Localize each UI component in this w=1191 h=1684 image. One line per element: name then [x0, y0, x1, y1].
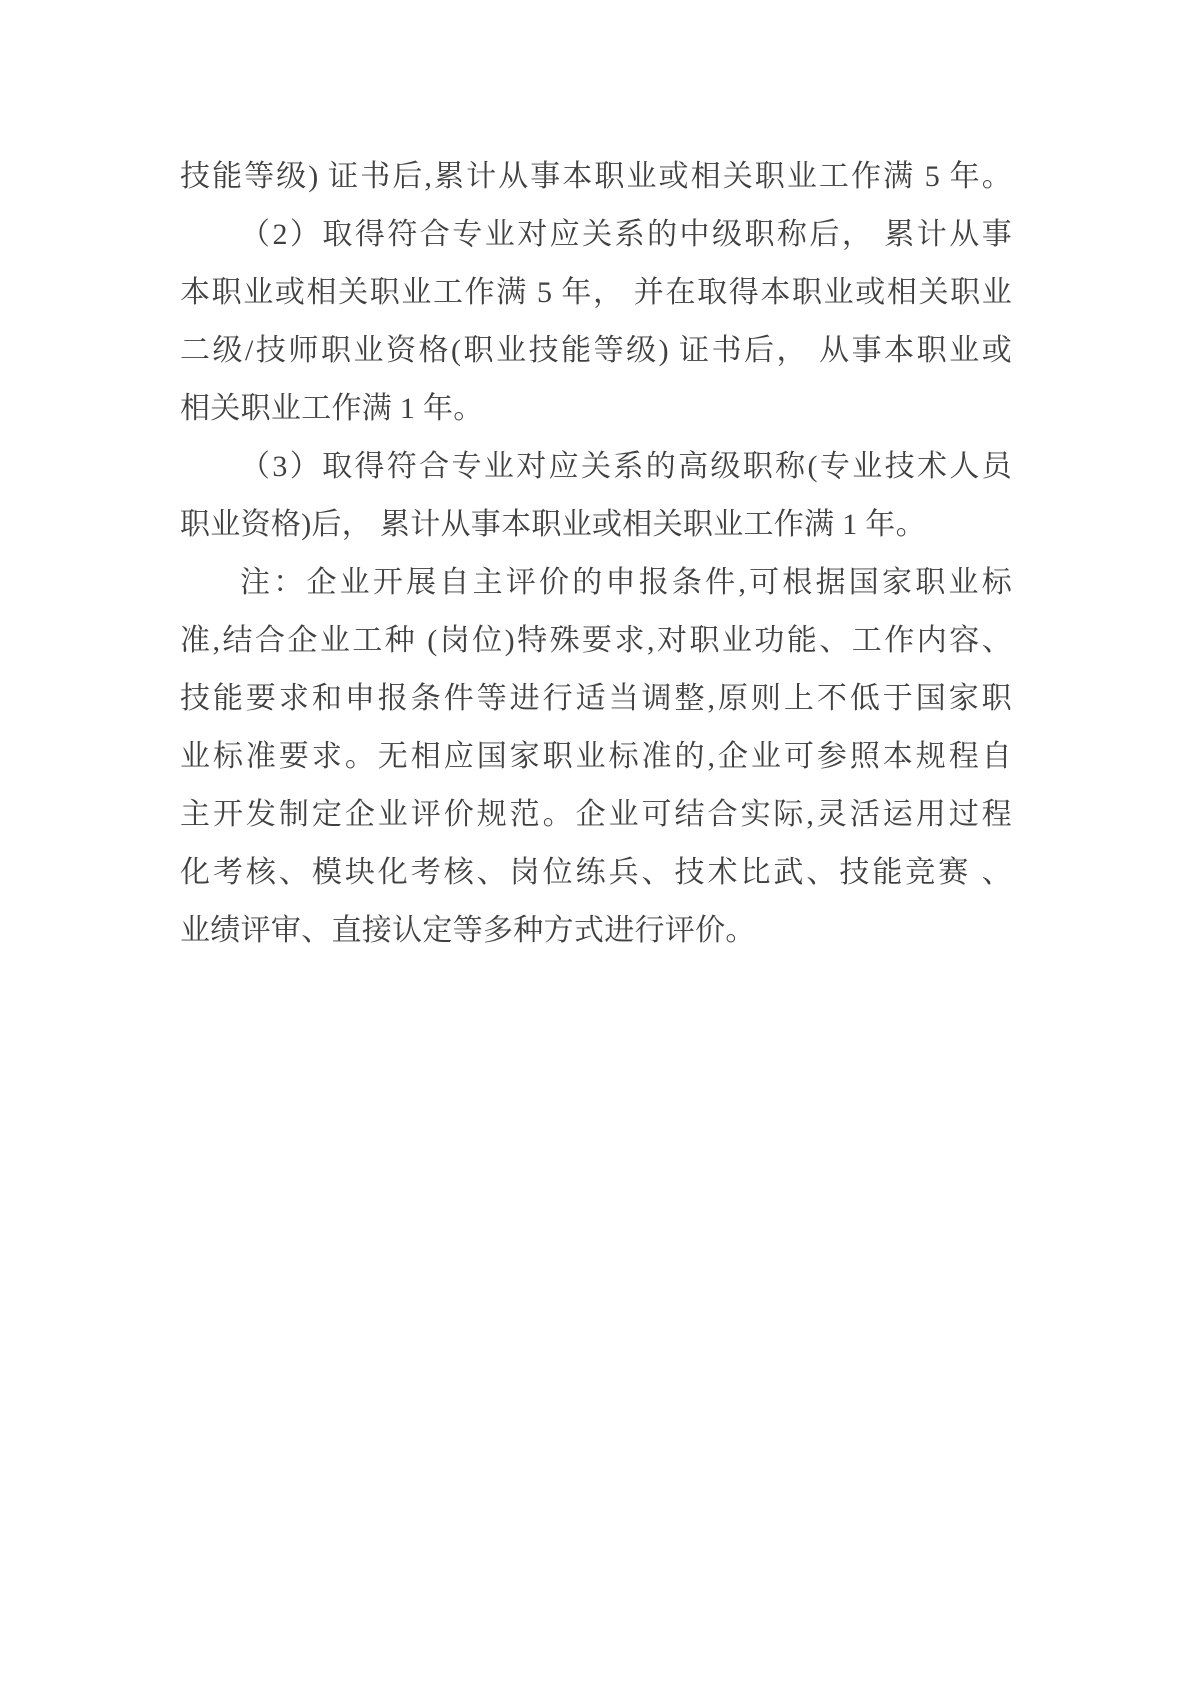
text-line-7: 职业资格)后， 累计从事本职业或相关职业工作满 1 年。 — [180, 496, 1012, 554]
text-line-4: 二级/技师职业资格(职业技能等级) 证书后， 从事本职业或 — [180, 322, 1012, 380]
text-line-12: 主开发制定企业评价规范。企业可结合实际,灵活运用过程 — [180, 786, 1012, 844]
text-line-13: 化考核、模块化考核、岗位练兵、技术比武、技能竞赛 、 — [180, 844, 1012, 902]
text-line-1: 技能等级) 证书后,累计从事本职业或相关职业工作满 5 年。 — [180, 148, 1012, 206]
text-line-10: 技能要求和申报条件等进行适当调整,原则上不低于国家职 — [180, 670, 1012, 728]
text-line-11: 业标准要求。无相应国家职业标准的,企业可参照本规程自 — [180, 728, 1012, 786]
text-line-9: 准,结合企业工种 (岗位)特殊要求,对职业功能、工作内容、 — [180, 612, 1012, 670]
text-line-2: （2）取得符合专业对应关系的中级职称后， 累计从事 — [180, 206, 1012, 264]
text-line-14: 业绩评审、直接认定等多种方式进行评价。 — [180, 902, 1012, 960]
text-line-3: 本职业或相关职业工作满 5 年， 并在取得本职业或相关职业 — [180, 264, 1012, 322]
text-line-5: 相关职业工作满 1 年。 — [180, 380, 1012, 438]
text-block: 技能等级) 证书后,累计从事本职业或相关职业工作满 5 年。 （2）取得符合专业… — [180, 148, 1012, 960]
text-line-8: 注：企业开展自主评价的申报条件,可根据国家职业标 — [180, 554, 1012, 612]
document-page: 技能等级) 证书后,累计从事本职业或相关职业工作满 5 年。 （2）取得符合专业… — [0, 0, 1191, 1684]
text-line-6: （3）取得符合专业对应关系的高级职称(专业技术人员 — [180, 438, 1012, 496]
